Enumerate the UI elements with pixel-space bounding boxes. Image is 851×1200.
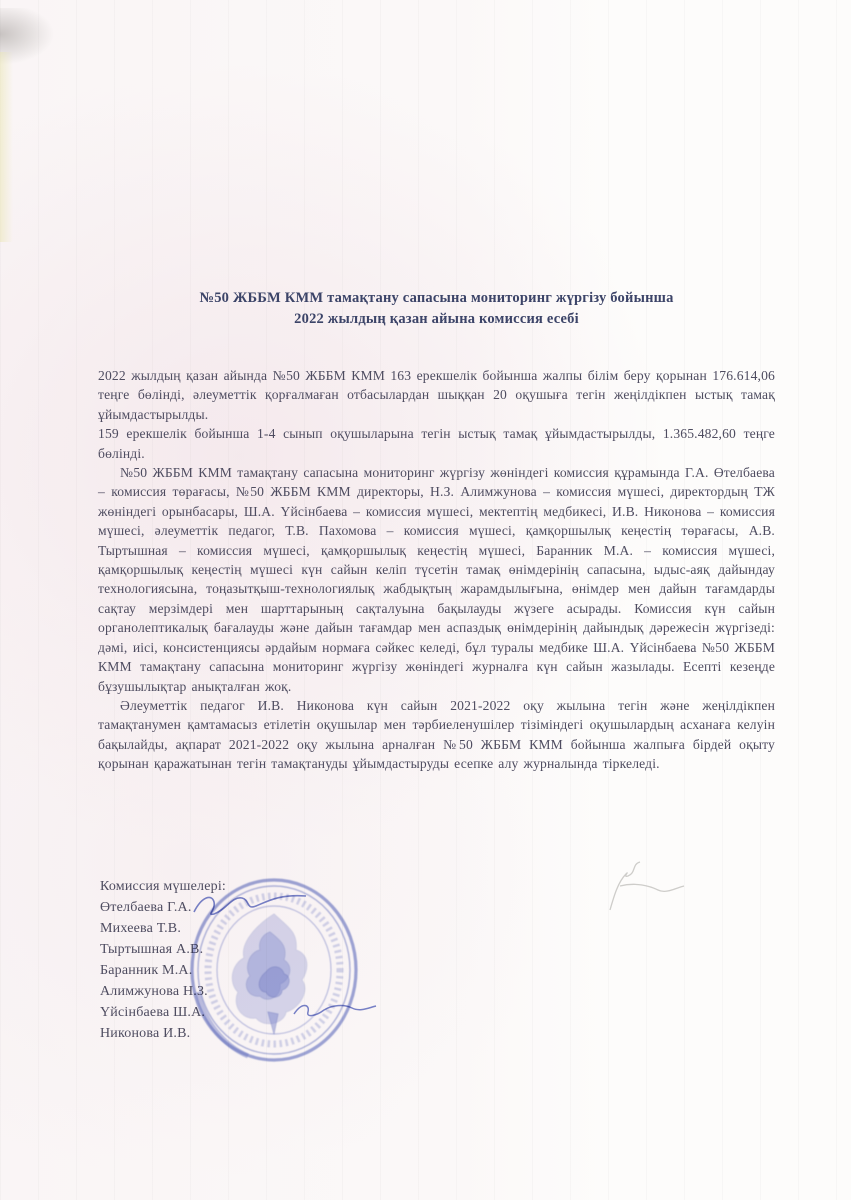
document-body: 2022 жылдың қазан айында №50 ЖББМ КММ 16… — [98, 366, 775, 774]
body-paragraph: 2022 жылдың қазан айында №50 ЖББМ КММ 16… — [98, 366, 775, 424]
pencil-scribble — [592, 852, 712, 916]
body-paragraph: 159 ерекшелік бойынша 1-4 сынып оқушылар… — [98, 424, 775, 463]
scanned-document: №50 ЖББМ КММ тамақтану сапасына монитори… — [0, 0, 851, 1200]
body-paragraph: №50 ЖББМ КММ тамақтану сапасына монитори… — [98, 463, 775, 696]
document-title-line1: №50 ЖББМ КММ тамақтану сапасына монитори… — [98, 288, 775, 309]
handwritten-signature — [290, 996, 380, 1022]
handwritten-signature — [188, 886, 318, 922]
document-title-line2: 2022 жылдың қазан айына комиссия есебі — [98, 309, 775, 330]
body-paragraph: Әлеуметтік педагог И.В. Никонова күн сай… — [98, 696, 775, 774]
document-title: №50 ЖББМ КММ тамақтану сапасына монитори… — [98, 288, 775, 330]
